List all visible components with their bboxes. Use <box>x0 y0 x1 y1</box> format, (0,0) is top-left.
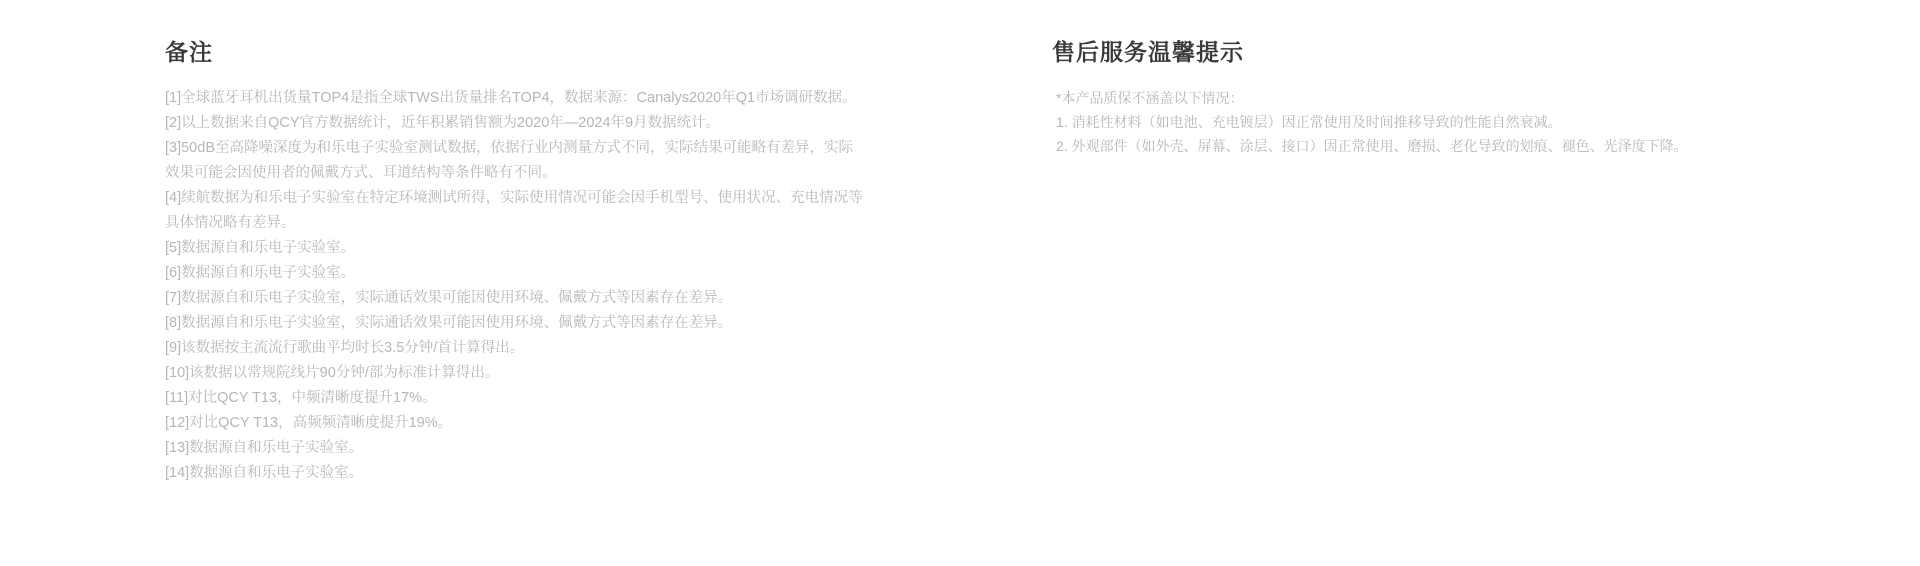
note-item-3: [3]50dB至高降噪深度为和乐电子实验室测试数据，依据行业内测量方式不同，实际… <box>165 136 865 186</box>
note-item-9: [9]该数据按主流流行歌曲平均时长3.5分钟/首计算得出。 <box>165 336 865 361</box>
note-item-13: [13]数据源自和乐电子实验室。 <box>165 436 865 461</box>
after-sales-intro: *本产品质保不涵盖以下情况： <box>1056 86 1812 110</box>
note-item-11: [11]对比QCY T13，中频清晰度提升17%。 <box>165 386 865 411</box>
note-item-5: [5]数据源自和乐电子实验室。 <box>165 236 865 261</box>
note-item-2: [2]以上数据来自QCY官方数据统计，近年积累销售额为2020年—2024年9月… <box>165 111 865 136</box>
note-item-12: [12]对比QCY T13，高频频清晰度提升19%。 <box>165 411 865 436</box>
after-sales-section: 售后服务温馨提示 *本产品质保不涵盖以下情况： 1. 消耗性材料（如电池、充电镀… <box>1052 38 1812 158</box>
notes-title: 备注 <box>165 38 865 66</box>
notes-list: [1]全球蓝牙耳机出货量TOP4是指全球TWS出货量排名TOP4，数据来源：Ca… <box>165 86 865 486</box>
note-item-14: [14]数据源自和乐电子实验室。 <box>165 461 865 486</box>
note-item-8: [8]数据源自和乐电子实验室，实际通话效果可能因使用环境、佩戴方式等因素存在差异… <box>165 311 865 336</box>
notes-section: 备注 [1]全球蓝牙耳机出货量TOP4是指全球TWS出货量排名TOP4，数据来源… <box>165 38 865 486</box>
note-item-4: [4]续航数据为和乐电子实验室在特定环境测试所得，实际使用情况可能会因手机型号、… <box>165 186 865 236</box>
after-sales-lines: *本产品质保不涵盖以下情况： 1. 消耗性材料（如电池、充电镀层）因正常使用及时… <box>1052 86 1812 158</box>
after-sales-title: 售后服务温馨提示 <box>1052 38 1812 66</box>
note-item-6: [6]数据源自和乐电子实验室。 <box>165 261 865 286</box>
note-item-10: [10]该数据以常规院线片90分钟/部为标准计算得出。 <box>165 361 865 386</box>
after-sales-item-1: 1. 消耗性材料（如电池、充电镀层）因正常使用及时间推移导致的性能自然衰减。 <box>1056 110 1812 134</box>
after-sales-item-2: 2. 外观部件（如外壳、屏幕、涂层、接口）因正常使用、磨损、老化导致的划痕、褪色… <box>1056 134 1812 158</box>
note-item-1: [1]全球蓝牙耳机出货量TOP4是指全球TWS出货量排名TOP4，数据来源：Ca… <box>165 86 865 111</box>
product-notes-page: 备注 [1]全球蓝牙耳机出货量TOP4是指全球TWS出货量排名TOP4，数据来源… <box>0 0 1920 566</box>
note-item-7: [7]数据源自和乐电子实验室，实际通话效果可能因使用环境、佩戴方式等因素存在差异… <box>165 286 865 311</box>
